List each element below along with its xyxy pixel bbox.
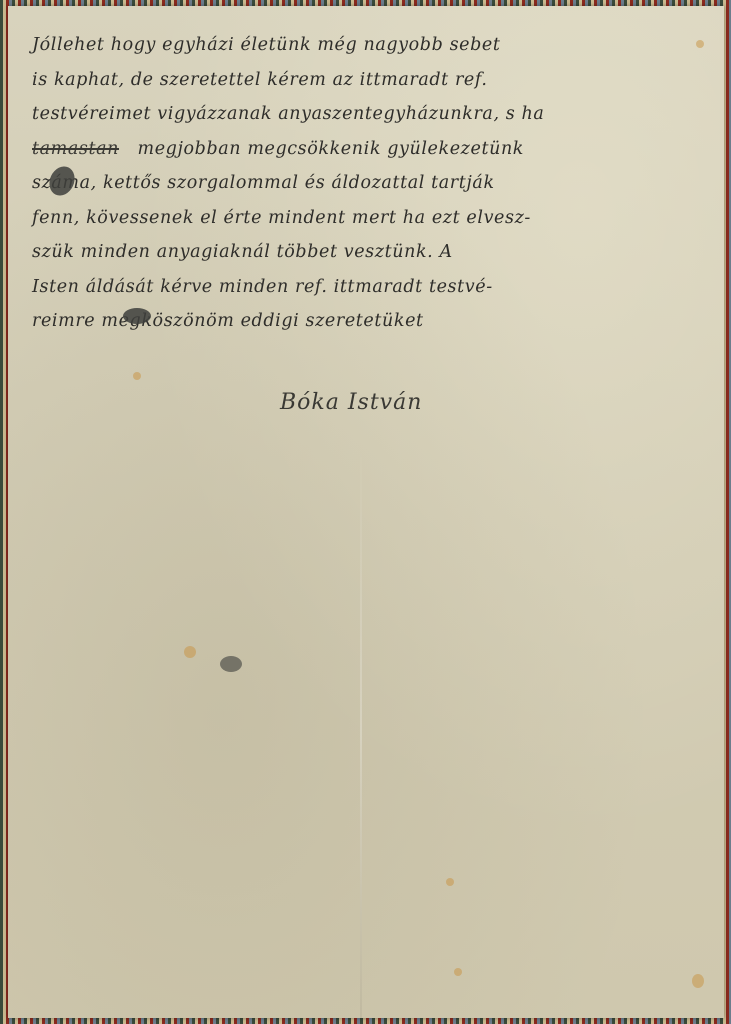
letter-line-1: Jóllehet hogy egyházi életünk még nagyob… xyxy=(32,28,712,63)
struck-out-word: tamastan xyxy=(32,139,119,159)
letter-line-8: Isten áldását kérve minden ref. ittmarad… xyxy=(32,270,712,305)
letter-body: Jóllehet hogy egyházi életünk még nagyob… xyxy=(32,28,712,339)
ink-blot xyxy=(123,308,151,324)
foxing-stain xyxy=(133,372,141,380)
foxing-stain xyxy=(184,646,196,658)
reverse-side-bleed-through xyxy=(8,666,724,1018)
letter-line-4: tamastan megjobban megcsökkenik gyülekez… xyxy=(32,132,712,167)
letter-line-4-text: megjobban megcsökkenik gyülekezetünk xyxy=(138,139,525,159)
letter-line-5: száma, kettős szorgalommal és áldozattal… xyxy=(32,166,712,201)
letter-line-7: szük minden anyagiaknál többet vesztünk.… xyxy=(32,235,712,270)
foxing-stain xyxy=(696,40,704,48)
letter-line-2: is kaphat, de szeretettel kérem az ittma… xyxy=(32,63,712,98)
signature: Bóka István xyxy=(280,390,422,415)
letter-line-6: fenn, kövessenek el érte mindent mert ha… xyxy=(32,201,712,236)
letter-line-3: testvéreimet vigyázzanak anyaszentegyház… xyxy=(32,97,712,132)
letter-page: Jóllehet hogy egyházi életünk még nagyob… xyxy=(8,6,724,1018)
